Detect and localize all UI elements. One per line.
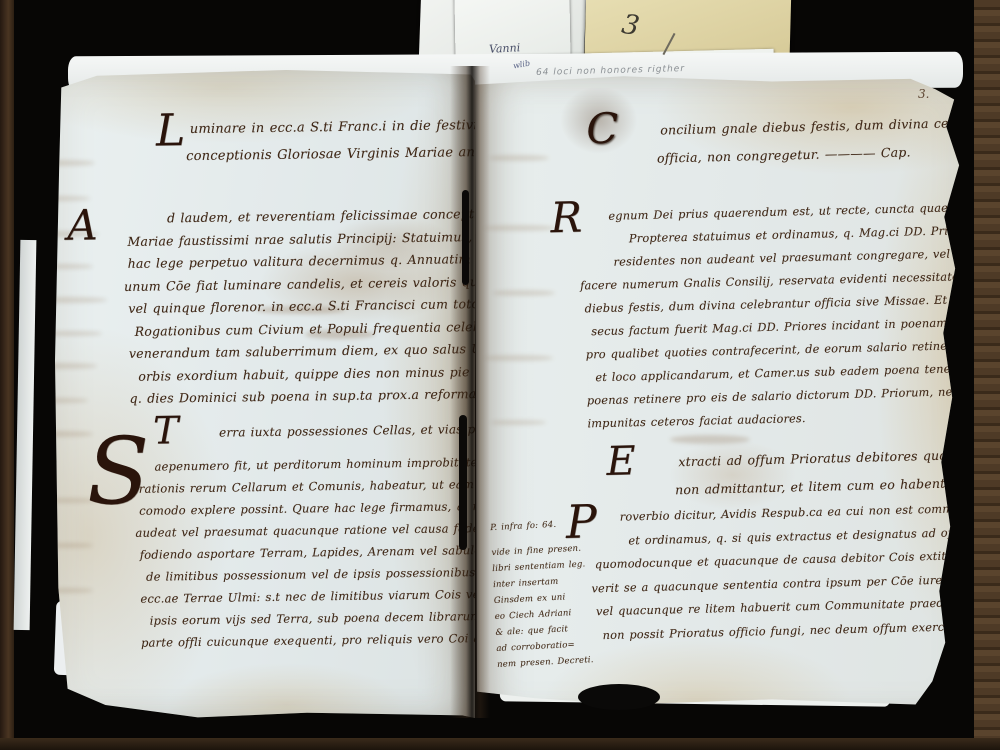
bleedthrough-mark (25, 160, 95, 166)
page-bottom-gap (578, 684, 660, 710)
bleedthrough-mark (489, 155, 549, 161)
manuscript-line: uminare in ecc.a S.ti Franc.i in die fes… (190, 113, 468, 143)
bleedthrough-mark (45, 543, 93, 548)
drop-cap-A: A (67, 204, 98, 246)
paragraph-saepenumero: aepenumero fit, ut perditorum hominum im… (138, 451, 486, 654)
paragraph-ad-laudem: d laudem, et reverentiam felicissimae co… (127, 203, 482, 410)
manuscript-line: officia, non congregetur. ———— Cap. (657, 138, 946, 172)
bleedthrough-mark (27, 297, 107, 303)
chapter-heading-concilium: oncilium gnale diebus festis, dum divina… (626, 110, 945, 173)
bleedthrough-mark (33, 398, 88, 403)
slip-handwritten-label: Vanni (489, 41, 521, 56)
gutter-crack (462, 190, 469, 285)
manuscript-right-page: 3. C oncilium gnale diebus festis, dum d… (475, 75, 970, 720)
paragraph-regnum: egnum Dei prius quaerendum est, ut recte… (582, 196, 963, 435)
chapter-heading-extracti: xtracti ad offum Prioratus debitores quo… (644, 441, 960, 504)
book-fore-edge-left (14, 240, 37, 630)
manuscript-line: conceptionis Gloriosae Virginis Mariae a… (186, 140, 468, 170)
bleedthrough-mark (485, 355, 553, 361)
chapter-heading-terra: erra iuxta possessiones Cellas, et vias … (185, 417, 485, 445)
drop-cap-R: R (550, 196, 583, 239)
wood-table-edge-left (0, 0, 14, 750)
gutter-crack (459, 415, 467, 550)
wood-table-edge-right (974, 0, 1000, 750)
wood-table-edge-bottom (0, 738, 1000, 750)
folio-number: 3. (918, 87, 929, 101)
bleedthrough-mark (485, 225, 555, 231)
manuscript-left-page: L uminare in ecc.a S.ti Franc.i in die f… (55, 68, 475, 718)
ink-smudge (670, 435, 750, 444)
bleedthrough-mark (25, 363, 97, 369)
manuscript-line: P. infra fo: 64. (490, 515, 591, 536)
drop-cap-E: E (606, 441, 636, 482)
chapter-heading-luminare: uminare in ecc.a S.ti Franc.i in die fes… (156, 113, 469, 170)
bleedthrough-mark (35, 264, 93, 269)
manuscript-line: parte offli cuicunque exequenti, pro rel… (141, 627, 486, 654)
margin-annotation: P. infra fo: 64.vide in fine presen.libr… (490, 515, 598, 673)
paragraph-proverbio: roverbio dicitur, Avidis Respub.ca ea cu… (593, 497, 974, 647)
manuscript-line: erra iuxta possessiones Cellas, et vias … (219, 417, 485, 445)
manuscript-line: q. dies Dominici sub poena in sup.ta pro… (129, 383, 481, 410)
bleedthrough-mark (27, 431, 93, 437)
bleedthrough-mark (41, 588, 93, 593)
book-gutter-shadow (450, 66, 490, 718)
bleedthrough-mark (40, 331, 102, 336)
bleedthrough-mark (491, 420, 546, 425)
bleedthrough-mark (493, 290, 555, 296)
drop-cap-T: T (153, 411, 179, 449)
drop-cap-C: C (586, 108, 619, 151)
